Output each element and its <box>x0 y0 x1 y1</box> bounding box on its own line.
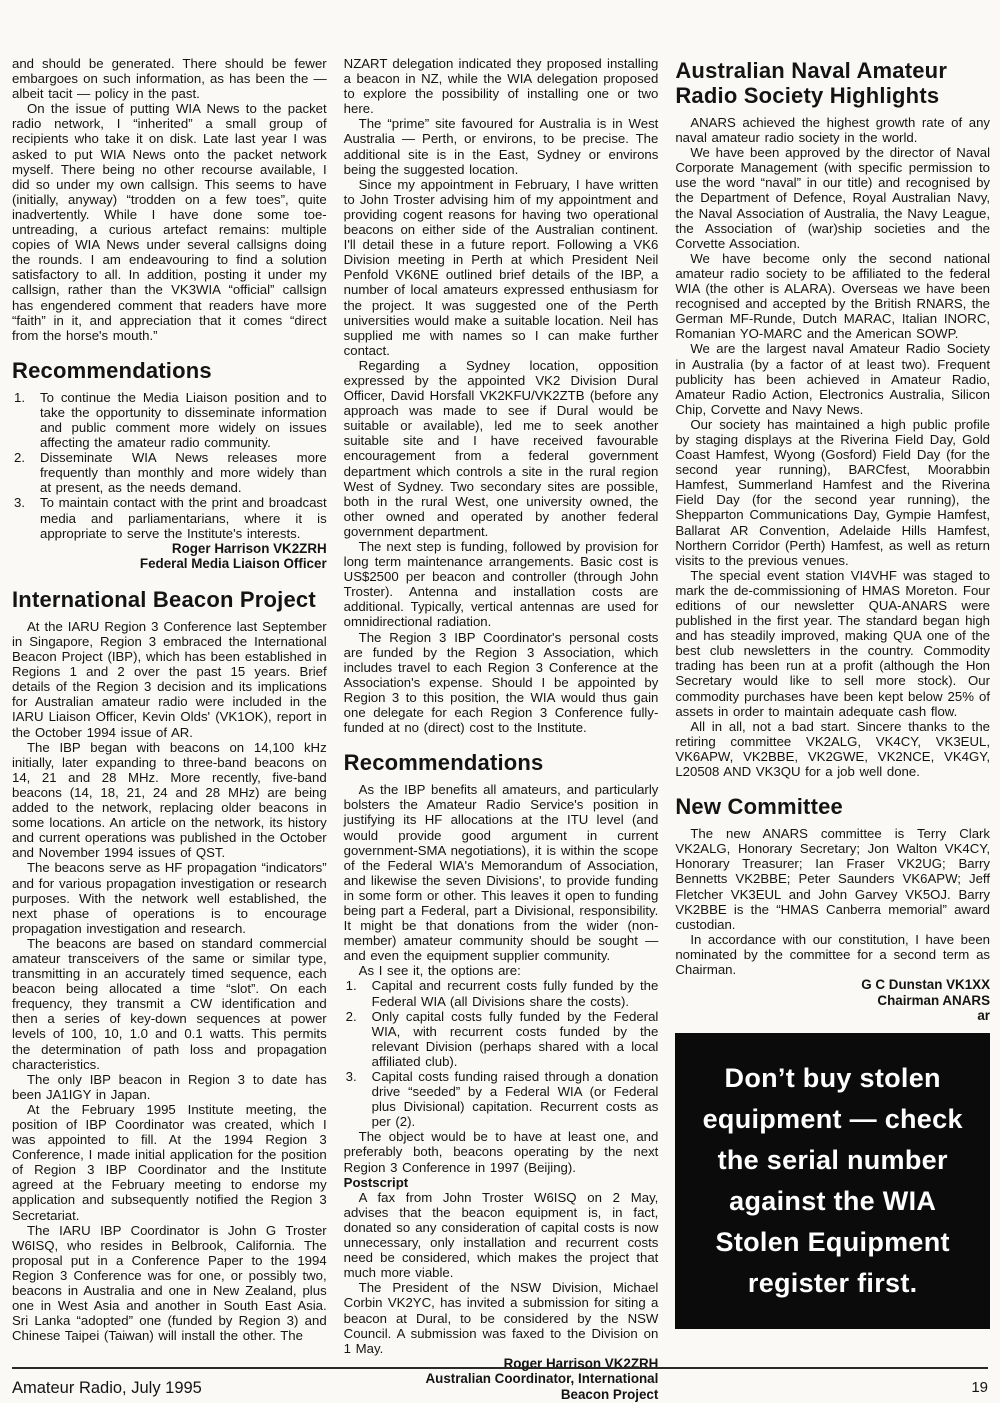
section-heading-recommendations-media: Recommendations <box>12 358 327 383</box>
paragraph: In accordance with our constitution, I h… <box>675 932 990 977</box>
signature-title: Chairman ANARS <box>675 993 990 1009</box>
list-item-number: 1. <box>12 390 40 450</box>
list-item-text: To maintain contact with the print and b… <box>40 495 327 540</box>
list-item: 1. Capital and recurrent costs fully fun… <box>344 978 659 1008</box>
list-item: 3. Capital costs funding raised through … <box>344 1069 659 1129</box>
paragraph: The Region 3 IBP Coordinator's personal … <box>344 630 659 736</box>
paragraph: The new ANARS committee is Terry Clark V… <box>675 826 990 932</box>
list-item: 3. To maintain contact with the print an… <box>12 495 327 540</box>
paragraph: The special event station VI4VHF was sta… <box>675 568 990 719</box>
footer-journal-title: Amateur Radio, July 1995 <box>12 1379 202 1398</box>
list-item-number: 3. <box>344 1069 372 1129</box>
paragraph: At the IARU Region 3 Conference last Sep… <box>12 619 327 740</box>
paragraph: The only IBP beacon in Region 3 to date … <box>12 1072 327 1102</box>
list-item-text: Disseminate WIA News releases more frequ… <box>40 450 327 495</box>
list-item-text: Only capital costs fully funded by the F… <box>372 1009 659 1069</box>
list-item-number: 2. <box>12 450 40 495</box>
paragraph: As I see it, the options are: <box>344 963 659 978</box>
recommendations-list: 1. To continue the Media Liaison positio… <box>12 390 327 541</box>
paragraph: The IARU IBP Coordinator is John G Trost… <box>12 1223 327 1344</box>
paragraph: As the IBP benefits all amateurs, and pa… <box>344 782 659 963</box>
paragraph: On the issue of putting WIA News to the … <box>12 101 327 343</box>
stolen-equipment-notice-text: Don’t buy stolen equipment — check the s… <box>689 1058 976 1304</box>
article-end-mark: ar <box>675 1008 990 1024</box>
list-item-text: To continue the Media Liaison position a… <box>40 390 327 450</box>
list-item: 2. Only capital costs fully funded by th… <box>344 1009 659 1069</box>
paragraph: The “prime” site favoured for Australia … <box>344 116 659 176</box>
section-heading-recommendations-ibp: Recommendations <box>344 750 659 775</box>
list-item-number: 1. <box>344 978 372 1008</box>
list-item: 1. To continue the Media Liaison positio… <box>12 390 327 450</box>
paragraph: The next step is funding, followed by pr… <box>344 539 659 630</box>
column-1: and should be generated. There should be… <box>12 56 327 1403</box>
paragraph: Since my appointment in February, I have… <box>344 177 659 358</box>
subheading-postscript: Postscript <box>344 1175 659 1190</box>
paragraph: ANARS achieved the highest growth rate o… <box>675 115 990 145</box>
list-item-text: Capital and recurrent costs fully funded… <box>372 978 659 1008</box>
section-heading-new-committee: New Committee <box>675 794 990 819</box>
column-3: Australian Naval Amateur Radio Society H… <box>675 56 990 1403</box>
paragraph: A fax from John Troster W6ISQ on 2 May, … <box>344 1190 659 1281</box>
paragraph: The object would be to have at least one… <box>344 1129 659 1174</box>
footer-page-number: 19 <box>971 1379 988 1396</box>
list-item-number: 2. <box>344 1009 372 1069</box>
paragraph: At the February 1995 Institute meeting, … <box>12 1102 327 1223</box>
column-2: NZART delegation indicated they proposed… <box>344 56 659 1403</box>
paragraph: The beacons are based on standard commer… <box>12 936 327 1072</box>
paragraph: We are the largest naval Amateur Radio S… <box>675 341 990 416</box>
paragraph: and should be generated. There should be… <box>12 56 327 101</box>
three-column-layout: and should be generated. There should be… <box>12 56 990 1403</box>
funding-options-list: 1. Capital and recurrent costs fully fun… <box>344 978 659 1129</box>
section-heading-international-beacon-project: International Beacon Project <box>12 587 327 612</box>
list-item-text: Capital costs funding raised through a d… <box>372 1069 659 1129</box>
paragraph: All in all, not a bad start. Sincere tha… <box>675 719 990 779</box>
paragraph: NZART delegation indicated they proposed… <box>344 56 659 116</box>
signature-name: Roger Harrison VK2ZRH <box>12 541 327 557</box>
paragraph: The IBP began with beacons on 14,100 kHz… <box>12 740 327 861</box>
page-footer: Amateur Radio, July 1995 19 <box>12 1367 988 1398</box>
list-item-number: 3. <box>12 495 40 540</box>
list-item: 2. Disseminate WIA News releases more fr… <box>12 450 327 495</box>
magazine-page: and should be generated. There should be… <box>0 0 1000 1403</box>
signature-title: Federal Media Liaison Officer <box>12 556 327 572</box>
paragraph: Regarding a Sydney location, opposition … <box>344 358 659 539</box>
stolen-equipment-notice-box: Don’t buy stolen equipment — check the s… <box>675 1033 990 1329</box>
paragraph: We have become only the second national … <box>675 251 990 342</box>
paragraph: Our society has maintained a high public… <box>675 417 990 568</box>
paragraph: We have been approved by the director of… <box>675 145 990 251</box>
section-heading-anars-highlights: Australian Naval Amateur Radio Society H… <box>675 58 990 108</box>
paragraph: The beacons serve as HF propagation “ind… <box>12 860 327 935</box>
paragraph: The President of the NSW Division, Micha… <box>344 1280 659 1355</box>
signature-name: G C Dunstan VK1XX <box>675 977 990 993</box>
